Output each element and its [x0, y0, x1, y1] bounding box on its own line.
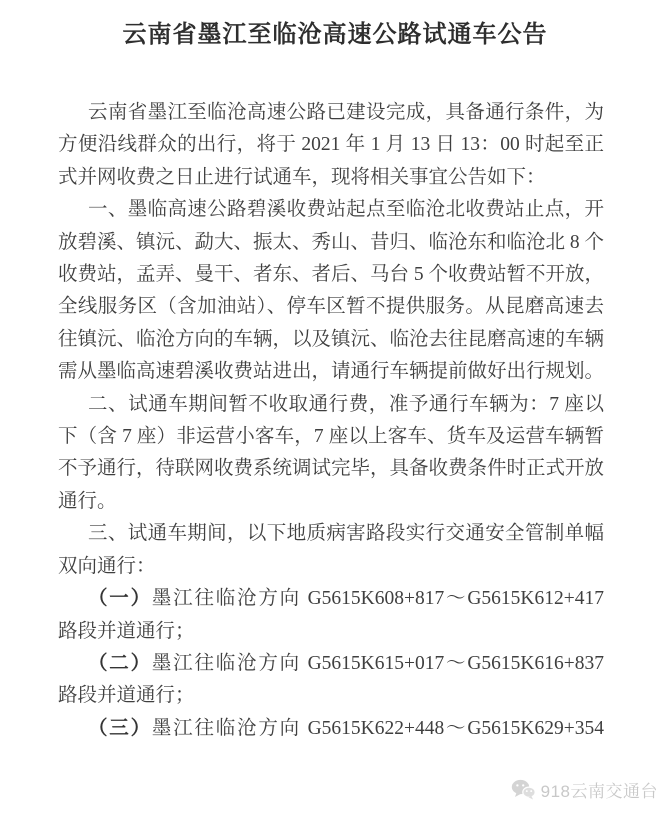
announcement-page: 云南省墨江至临沧高速公路试通车公告 云南省墨江至临沧高速公路已建设完成，具备通行… — [0, 0, 670, 813]
line-list-marker: （三） — [88, 718, 152, 739]
document-line: 二、试通车期间暂不收取通行费，准予通行车辆为：7 座以 — [58, 389, 604, 421]
document-line: 双向通行： — [58, 551, 604, 583]
line-text: 墨江往临沧方向 G5615K622+448～G5615K629+354 — [152, 718, 604, 739]
line-text: 全线服务区（含加油站）、停车区暂不提供服务。从昆磨高速去 — [58, 296, 604, 317]
line-text: 二、试通车期间暂不收取通行费，准予通行车辆为：7 座以 — [88, 394, 604, 415]
line-text: 双向通行： — [58, 556, 156, 577]
watermark: 918云南交通台 — [511, 777, 658, 802]
document-line: （三）墨江往临沧方向 G5615K622+448～G5615K629+354 — [58, 713, 604, 745]
document-line: 需从墨临高速碧溪收费站进出，请通行车辆提前做好出行规划。 — [58, 356, 604, 388]
line-text: 往镇沅、临沧方向的车辆，以及镇沅、临沧去往昆磨高速的车辆 — [58, 329, 604, 350]
document-line: 路段并道通行； — [58, 680, 604, 712]
document-line: 下（含 7 座）非运营小客车，7 座以上客车、货车及运营车辆暂 — [58, 421, 604, 453]
document-line: 收费站，孟弄、曼干、者东、者后、马台 5 个收费站暂不开放， — [58, 259, 604, 291]
line-text: 需从墨临高速碧溪收费站进出，请通行车辆提前做好出行规划。 — [58, 361, 604, 382]
line-text: 不予通行，待联网收费系统调试完毕，具备收费条件时正式开放 — [58, 458, 604, 479]
line-text: 路段并道通行； — [58, 685, 195, 706]
line-list-marker: （二） — [88, 653, 152, 674]
line-text: 放碧溪、镇沅、勐大、振太、秀山、昔归、临沧东和临沧北 8 个 — [58, 232, 604, 253]
document-line: 路段并道通行； — [58, 616, 604, 648]
line-text: 一、墨临高速公路碧溪收费站起点至临沧北收费站止点，开 — [88, 199, 604, 220]
document-line: 云南省墨江至临沧高速公路已建设完成，具备通行条件，为 — [58, 97, 604, 129]
document-line: （一）墨江往临沧方向 G5615K608+817～G5615K612+417 — [58, 583, 604, 615]
document-line: 一、墨临高速公路碧溪收费站起点至临沧北收费站止点，开 — [58, 194, 604, 226]
document-line: 式并网收费之日止进行试通车，现将相关事宜公告如下： — [58, 162, 604, 194]
line-text: 收费站，孟弄、曼干、者东、者后、马台 5 个收费站暂不开放， — [58, 264, 604, 285]
document-line: 不予通行，待联网收费系统调试完毕，具备收费条件时正式开放 — [58, 453, 604, 485]
document-body: 云南省墨江至临沧高速公路已建设完成，具备通行条件，为方便沿线群众的出行，将于 2… — [58, 97, 604, 745]
document-line: 通行。 — [58, 486, 604, 518]
document-line: （二）墨江往临沧方向 G5615K615+017～G5615K616+837 — [58, 648, 604, 680]
watermark-label: 918云南交通台 — [541, 777, 658, 802]
document-line: 往镇沅、临沧方向的车辆，以及镇沅、临沧去往昆磨高速的车辆 — [58, 324, 604, 356]
line-list-marker: （一） — [88, 588, 152, 609]
line-text: 墨江往临沧方向 G5615K608+817～G5615K612+417 — [152, 588, 604, 609]
document-line: 三、试通车期间，以下地质病害路段实行交通安全管制单幅 — [58, 518, 604, 550]
line-text: 方便沿线群众的出行，将于 2021 年 1 月 13 日 13：00 时起至正 — [58, 134, 604, 155]
line-text: 式并网收费之日止进行试通车，现将相关事宜公告如下： — [58, 167, 546, 188]
wechat-icon — [511, 779, 536, 800]
line-text: 通行。 — [58, 491, 117, 512]
document-line: 全线服务区（含加油站）、停车区暂不提供服务。从昆磨高速去 — [58, 291, 604, 323]
line-text: 路段并道通行； — [58, 621, 195, 642]
document-title: 云南省墨江至临沧高速公路试通车公告 — [0, 18, 670, 52]
line-text: 墨江往临沧方向 G5615K615+017～G5615K616+837 — [152, 653, 604, 674]
line-text: 三、试通车期间，以下地质病害路段实行交通安全管制单幅 — [88, 523, 604, 544]
line-text: 云南省墨江至临沧高速公路已建设完成，具备通行条件，为 — [88, 102, 604, 123]
line-text: 下（含 7 座）非运营小客车，7 座以上客车、货车及运营车辆暂 — [58, 426, 604, 447]
document-line: 放碧溪、镇沅、勐大、振太、秀山、昔归、临沧东和临沧北 8 个 — [58, 227, 604, 259]
document-line: 方便沿线群众的出行，将于 2021 年 1 月 13 日 13：00 时起至正 — [58, 129, 604, 161]
